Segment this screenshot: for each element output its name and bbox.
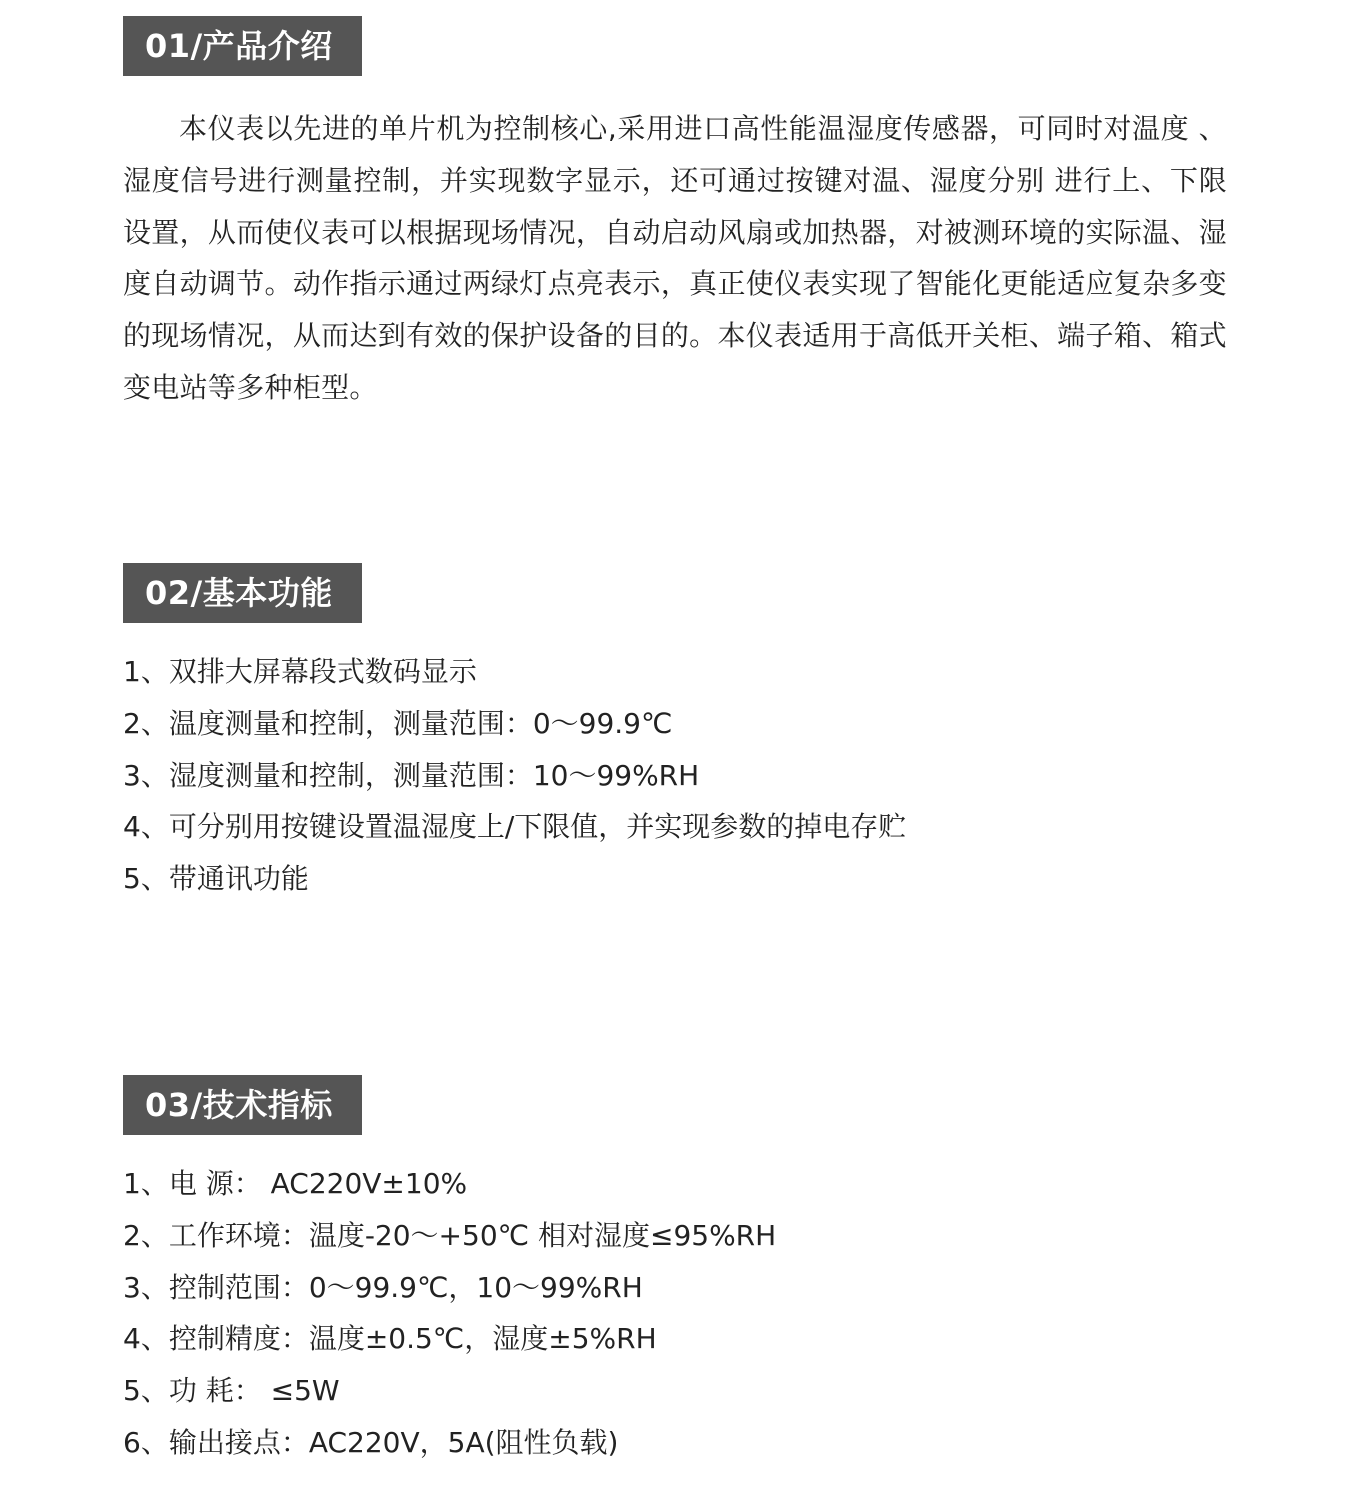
list-item: 3、湿度测量和控制，测量范围：10～99%RH [123, 750, 906, 802]
section-header-product-intro: 01/产品介绍 [123, 16, 362, 76]
list-item: 5、功 耗： ≤5W [123, 1365, 776, 1417]
list-item: 6、输出接点：AC220V，5A(阻性负载) [123, 1417, 776, 1469]
list-item: 3、控制范围：0～99.9℃，10～99%RH [123, 1262, 776, 1314]
list-item: 1、双排大屏幕段式数码显示 [123, 646, 906, 698]
section-header-basic-functions: 02/基本功能 [123, 563, 362, 623]
technical-specs-list: 1、电 源： AC220V±10% 2、工作环境：温度-20～+50℃ 相对湿度… [123, 1158, 776, 1469]
section-header-technical-specs: 03/技术指标 [123, 1075, 362, 1135]
list-item: 4、控制精度：温度±0.5℃，湿度±5%RH [123, 1313, 776, 1365]
list-item: 4、可分别用按键设置温湿度上/下限值，并实现参数的掉电存贮 [123, 801, 906, 853]
list-item: 5、带通讯功能 [123, 853, 906, 905]
product-intro-paragraph: 本仪表以先进的单片机为控制核心,采用进口高性能温湿度传感器，可同时对温度 、湿度… [123, 103, 1227, 414]
basic-functions-list: 1、双排大屏幕段式数码显示 2、温度测量和控制，测量范围：0～99.9℃ 3、湿… [123, 646, 906, 905]
list-item: 2、工作环境：温度-20～+50℃ 相对湿度≤95%RH [123, 1210, 776, 1262]
list-item: 1、电 源： AC220V±10% [123, 1158, 776, 1210]
list-item: 2、温度测量和控制，测量范围：0～99.9℃ [123, 698, 906, 750]
